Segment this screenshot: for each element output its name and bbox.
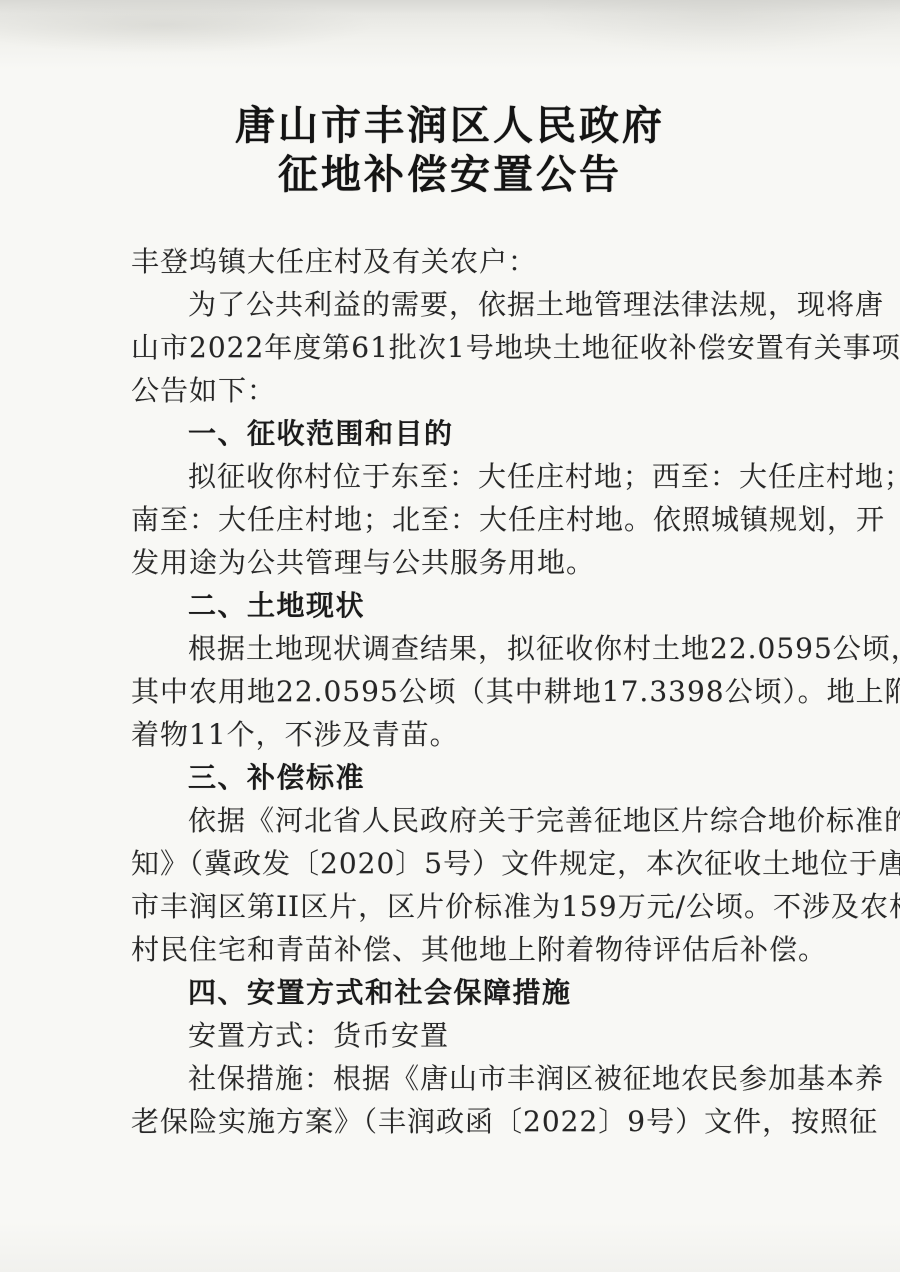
body-text-line: 市丰润区第II区片，区片价标准为159万元/公顷。不涉及农村 bbox=[131, 885, 779, 928]
body-text-line: 发用途为公共管理与公共服务用地。 bbox=[131, 541, 779, 584]
scanned-document-page: 唐山市丰润区人民政府 征地补偿安置公告 丰登坞镇大任庄村及有关农户：为了公共利益… bbox=[0, 0, 900, 1272]
body-text-line: 社保措施：根据《唐山市丰润区被征地农民参加基本养 bbox=[131, 1057, 779, 1100]
body-text-line: 丰登坞镇大任庄村及有关农户： bbox=[131, 240, 779, 283]
document-title-line2: 征地补偿安置公告 bbox=[0, 150, 900, 199]
section-heading: 四、安置方式和社会保障措施 bbox=[131, 971, 779, 1014]
body-text-line: 为了公共利益的需要，依据土地管理法律法规，现将唐 bbox=[131, 283, 779, 326]
body-text-line: 着物11个，不涉及青苗。 bbox=[131, 713, 779, 756]
body-text-line: 老保险实施方案》（丰润政函〔2022〕9号）文件，按照征 bbox=[131, 1100, 779, 1143]
body-text-line: 村民住宅和青苗补偿、其他地上附着物待评估后补偿。 bbox=[131, 928, 779, 971]
body-text-line: 公告如下： bbox=[131, 369, 779, 412]
body-text-line: 安置方式：货币安置 bbox=[131, 1014, 779, 1057]
body-text-line: 依据《河北省人民政府关于完善征地区片综合地价标准的通 bbox=[131, 799, 779, 842]
section-heading: 二、土地现状 bbox=[131, 584, 779, 627]
section-heading: 三、补偿标准 bbox=[131, 756, 779, 799]
section-heading: 一、征收范围和目的 bbox=[131, 412, 779, 455]
document-title-line1: 唐山市丰润区人民政府 bbox=[0, 101, 900, 150]
document-title: 唐山市丰润区人民政府 征地补偿安置公告 bbox=[0, 101, 900, 199]
body-text-line: 其中农用地22.0595公顷（其中耕地17.3398公顷）。地上附 bbox=[131, 670, 779, 713]
body-text-line: 知》（冀政发〔2020〕5号）文件规定，本次征收土地位于唐山 bbox=[131, 842, 779, 885]
body-text-line: 根据土地现状调查结果，拟征收你村土地22.0595公顷， bbox=[131, 627, 779, 670]
body-text-line: 拟征收你村位于东至：大任庄村地；西至：大任庄村地； bbox=[131, 455, 779, 498]
body-text-line: 山市2022年度第61批次1号地块土地征收补偿安置有关事项 bbox=[131, 326, 779, 369]
body-text-line: 南至：大任庄村地；北至：大任庄村地。依照城镇规划，开 bbox=[131, 498, 779, 541]
document-body: 丰登坞镇大任庄村及有关农户：为了公共利益的需要，依据土地管理法律法规，现将唐山市… bbox=[131, 240, 779, 1143]
